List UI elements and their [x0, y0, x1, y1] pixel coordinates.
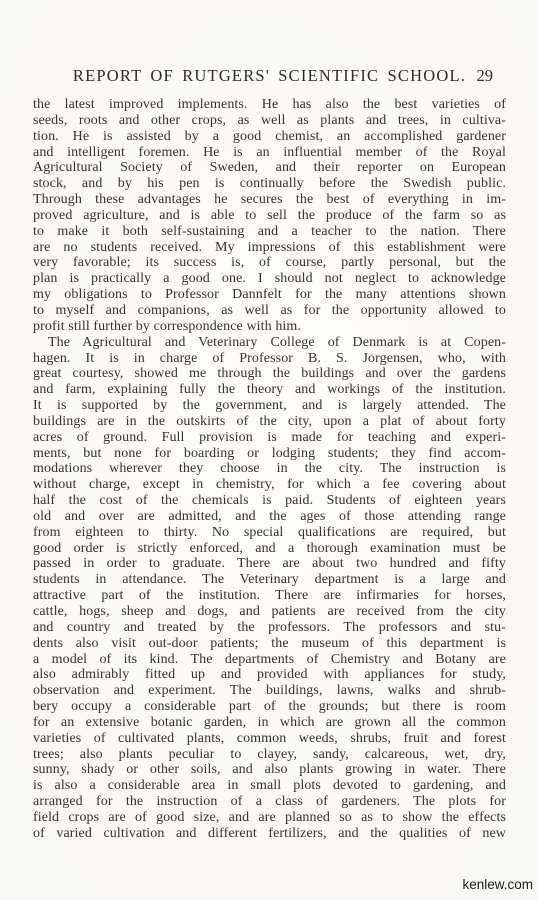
- text-line: cattle, hogs, sheep and dogs, and patien…: [33, 604, 506, 620]
- text-line: without charge, except in chemistry, for…: [33, 477, 506, 493]
- text-line: arranged for the instruction of a class …: [33, 794, 506, 810]
- text-line: It is supported by the government, and i…: [33, 398, 506, 414]
- text-line: buildings are in the outskirts of the ci…: [33, 414, 506, 430]
- page-title: REPORT OF RUTGERS' SCIENTIFIC SCHOOL.: [73, 66, 466, 85]
- text-line: great courtesy, showed me through the bu…: [33, 366, 506, 382]
- text-line: observation and experiment. The building…: [33, 683, 506, 699]
- text-line: tion. He is assisted by a good chemist, …: [33, 129, 506, 145]
- text-line: of varied cultivation and different fert…: [33, 826, 506, 842]
- text-line: to myself and companions, as well as for…: [33, 303, 506, 319]
- text-line: varieties of cultivated plants, common w…: [33, 731, 506, 747]
- text-line: and intelligent foremen. He is an influe…: [33, 145, 506, 161]
- text-line: half the cost of the chemicals is paid. …: [33, 493, 506, 509]
- text-line: to make it both self-sustaining and a te…: [33, 224, 506, 240]
- text-line: proved agriculture, and is able to sell …: [33, 208, 506, 224]
- watermark: kenlew.com: [462, 877, 533, 892]
- text-line: Through these advantages he secures the …: [33, 192, 506, 208]
- text-line: also admirably fitted up and provided wi…: [33, 667, 506, 683]
- text-line: Agricultural Society of Sweden, and thei…: [33, 160, 506, 176]
- text-line: passed in order to graduate. There are a…: [33, 556, 506, 572]
- text-line: from eighteen to thirty. No special qual…: [33, 525, 506, 541]
- text-line: seeds, roots and other crops, as well as…: [33, 113, 506, 129]
- text-line: dents also visit out-door patients; the …: [33, 636, 506, 652]
- text-line: plan is practically a good one. I should…: [33, 271, 506, 287]
- text-line: my obligations to Professor Dannfelt for…: [33, 287, 506, 303]
- text-line: attractive part of the institution. Ther…: [33, 588, 506, 604]
- text-line: very favorable; its success is, of cours…: [33, 255, 506, 271]
- scanned-book-page: REPORT OF RUTGERS' SCIENTIFIC SCHOOL. 29…: [0, 0, 538, 900]
- text-line: stock, and by his pen is continually bef…: [33, 176, 506, 192]
- text-line: The Agricultural and Veterinary College …: [33, 335, 506, 351]
- text-line: profit still further by correspondence w…: [33, 319, 506, 335]
- text-line: field crops are of good size, and are pl…: [33, 810, 506, 826]
- text-line: is also a considerable area in small plo…: [33, 778, 506, 794]
- text-line: for an extensive botanic garden, in whic…: [33, 715, 506, 731]
- text-line: old and over are admitted, and the ages …: [33, 509, 506, 525]
- text-line: are no students received. My impressions…: [33, 240, 506, 256]
- text-line: ments, but none for boarding or lodging …: [33, 446, 506, 462]
- text-line: sunny, shady or other soils, and also pl…: [33, 762, 506, 778]
- text-line: acres of ground. Full provision is made …: [33, 430, 506, 446]
- page-number: 29: [477, 66, 494, 86]
- text-line: bery occupy a considerable part of the g…: [33, 699, 506, 715]
- text-line: hagen. It is in charge of Professor B. S…: [33, 351, 506, 367]
- text-line: and farm, explaining fully the theory an…: [33, 382, 506, 398]
- text-line: a model of its kind. The departments of …: [33, 652, 506, 668]
- page-body: the latest improved implements. He has a…: [33, 97, 506, 842]
- text-line: modations wherever they choose in the ci…: [33, 461, 506, 477]
- text-line: students in attendance. The Veterinary d…: [33, 572, 506, 588]
- text-line: and country and treated by the professor…: [33, 620, 506, 636]
- running-header: REPORT OF RUTGERS' SCIENTIFIC SCHOOL. 29: [33, 66, 506, 86]
- text-line: good order is strictly enforced, and a t…: [33, 541, 506, 557]
- text-line: the latest improved implements. He has a…: [33, 97, 506, 113]
- text-line: trees; also plants peculiar to clayey, s…: [33, 747, 506, 763]
